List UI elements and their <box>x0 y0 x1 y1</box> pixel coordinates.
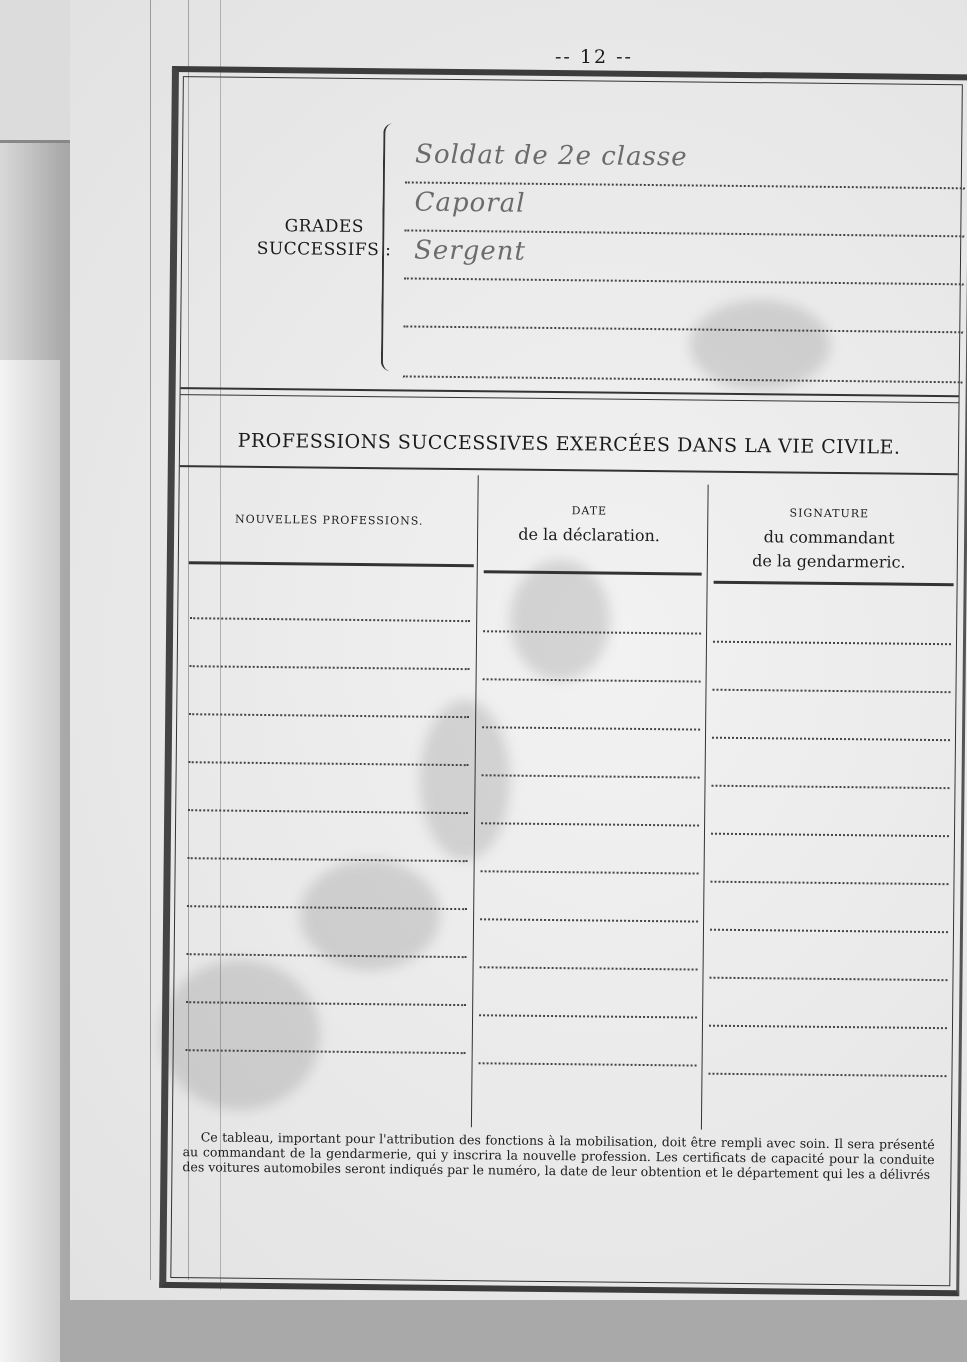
date-row[interactable] <box>479 1014 697 1018</box>
signature-row[interactable] <box>710 881 948 885</box>
grade-line[interactable] <box>405 161 965 189</box>
grade-line[interactable] <box>403 355 963 383</box>
page-number: -- 12 -- <box>555 46 633 68</box>
column-header-sublabel: du commandant <box>709 525 949 552</box>
column-header-label: DATE <box>479 498 699 524</box>
brace-bracket <box>381 123 400 371</box>
signature-row[interactable] <box>711 833 949 837</box>
date-row[interactable] <box>479 1062 697 1066</box>
signature-row[interactable] <box>712 689 950 693</box>
signature-row[interactable] <box>709 977 947 981</box>
page-edge-line <box>150 0 151 1280</box>
column-header-underline <box>484 570 702 575</box>
form-frame-inner: GRADES SUCCESSIFS : Soldat de 2e classe … <box>170 76 963 1286</box>
profession-row[interactable] <box>190 665 470 670</box>
date-row[interactable] <box>483 678 701 682</box>
column-header-signature: SIGNATURE du commandant de la gendarmeri… <box>709 501 950 576</box>
profession-row[interactable] <box>187 905 467 910</box>
grade-line[interactable] <box>403 305 963 333</box>
column-header-label: SIGNATURE <box>709 501 949 528</box>
form-frame: GRADES SUCCESSIFS : Soldat de 2e classe … <box>159 66 967 1296</box>
profession-row[interactable] <box>190 617 470 622</box>
underlying-page-strip <box>60 1300 967 1362</box>
grades-label: GRADES SUCCESSIFS : <box>244 215 404 263</box>
date-row[interactable] <box>481 822 699 826</box>
signature-row[interactable] <box>708 1073 946 1077</box>
date-row[interactable] <box>482 726 700 730</box>
date-row[interactable] <box>480 918 698 922</box>
column-divider <box>471 475 479 1127</box>
profession-row[interactable] <box>187 953 467 958</box>
grades-label-line2: SUCCESSIFS : <box>244 238 404 263</box>
date-row[interactable] <box>480 966 698 970</box>
footnote: Ce tableau, important pour l'attribution… <box>182 1129 934 1182</box>
column-header-professions: NOUVELLES PROFESSIONS. <box>189 507 469 534</box>
signature-row[interactable] <box>713 641 951 645</box>
profession-row[interactable] <box>188 857 468 862</box>
section-divider <box>181 387 959 403</box>
column-header-underline <box>714 581 954 587</box>
cover-edge-highlight <box>0 360 60 1362</box>
date-row[interactable] <box>482 774 700 778</box>
grade-line[interactable] <box>404 257 964 285</box>
column-header-sublabel: de la gendarmeric. <box>709 549 949 576</box>
column-header-underline <box>189 561 474 567</box>
profession-row[interactable] <box>186 1001 466 1006</box>
signature-row[interactable] <box>710 929 948 933</box>
date-row[interactable] <box>483 630 701 634</box>
signature-row[interactable] <box>712 737 950 741</box>
column-header-label: NOUVELLES PROFESSIONS. <box>189 507 469 534</box>
column-header-date: DATE de la déclaration. <box>479 498 699 548</box>
signature-row[interactable] <box>711 785 949 789</box>
grades-label-line1: GRADES <box>244 215 404 240</box>
profession-row[interactable] <box>189 761 469 766</box>
footnote-text: Ce tableau, important pour l'attribution… <box>182 1129 934 1182</box>
signature-row[interactable] <box>709 1025 947 1029</box>
date-row[interactable] <box>481 870 699 874</box>
column-header-sublabel: de la déclaration. <box>479 522 699 548</box>
professions-title: PROFESSIONS SUCCESSIVES EXERCÉES DANS LA… <box>180 429 958 459</box>
profession-row[interactable] <box>186 1049 466 1054</box>
profession-row[interactable] <box>188 809 468 814</box>
title-underline <box>180 465 958 475</box>
profession-row[interactable] <box>189 713 469 718</box>
column-divider <box>701 485 709 1130</box>
grade-line[interactable] <box>404 209 964 237</box>
